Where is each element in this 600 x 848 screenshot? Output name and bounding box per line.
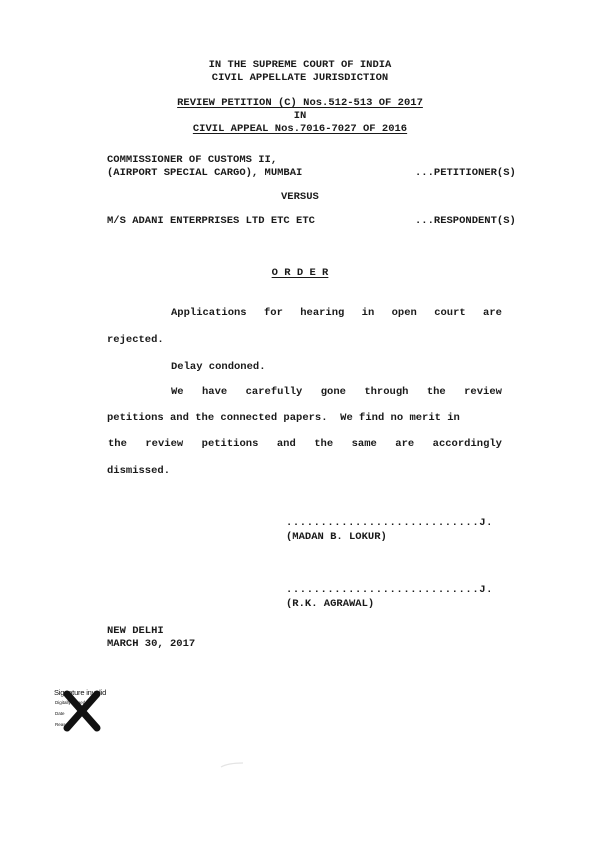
judge1-signature-line: ............................J.	[286, 517, 493, 529]
petition-number-wrap: REVIEW PETITION (C) Nos.512-513 OF 2017	[0, 97, 600, 109]
word: in	[362, 307, 375, 319]
word: are	[395, 438, 414, 450]
judge1-name: (MADAN B. LOKUR)	[286, 531, 387, 543]
word: the	[314, 438, 333, 450]
word: the	[108, 438, 127, 450]
court-name: IN THE SUPREME COURT OF INDIA	[0, 59, 600, 71]
word: Applications	[171, 307, 247, 319]
digital-signature-block: Signature invalid Digitally signed by Da…	[54, 688, 114, 732]
para1-line2: rejected.	[107, 334, 164, 346]
word: for	[264, 307, 283, 319]
petitioner-role: ...PETITIONER(S)	[415, 167, 516, 179]
word: have	[202, 386, 227, 398]
word: We	[171, 386, 184, 398]
para3-line3: the review petitions and the same are ac…	[108, 438, 502, 450]
word: the	[427, 386, 446, 398]
para3-line2: petitions and the connected papers. We f…	[107, 412, 460, 424]
order-title-wrap: O R D E R	[0, 267, 600, 279]
word: hearing	[300, 307, 344, 319]
judge2-name: (R.K. AGRAWAL)	[286, 598, 374, 610]
order-title: O R D E R	[272, 267, 329, 279]
petitioner-name-line2: (AIRPORT SPECIAL CARGO), MUMBAI	[107, 167, 302, 179]
para2: Delay condoned.	[171, 361, 266, 373]
para3-line4: dismissed.	[107, 465, 170, 477]
judge2-signature-line: ............................J.	[286, 584, 493, 596]
appeal-number: CIVIL APPEAL Nos.7016-7027 OF 2016	[193, 123, 407, 135]
word: and	[277, 438, 296, 450]
date: MARCH 30, 2017	[107, 638, 195, 650]
petition-number: REVIEW PETITION (C) Nos.512-513 OF 2017	[177, 97, 423, 109]
versus-label: VERSUS	[281, 191, 319, 203]
word: petitions	[202, 438, 259, 450]
word: through	[364, 386, 408, 398]
word: accordingly	[433, 438, 502, 450]
in-connector: IN	[0, 110, 600, 122]
word: are	[483, 307, 502, 319]
para1-line1: Applications for hearing in open court a…	[171, 307, 502, 319]
word: review	[464, 386, 502, 398]
invalid-signature-x-icon	[62, 690, 102, 732]
para3-line1: We have carefully gone through the revie…	[171, 386, 502, 398]
word: court	[434, 307, 466, 319]
petitioner-name-line1: COMMISSIONER OF CUSTOMS II,	[107, 154, 277, 166]
respondent-name: M/S ADANI ENTERPRISES LTD ETC ETC	[107, 215, 315, 227]
word: carefully	[246, 386, 303, 398]
respondent-role: ...RESPONDENT(S)	[415, 215, 516, 227]
word: review	[145, 438, 183, 450]
appeal-number-wrap: CIVIL APPEAL Nos.7016-7027 OF 2016	[0, 123, 600, 135]
word: same	[352, 438, 377, 450]
place: NEW DELHI	[107, 625, 164, 637]
word: open	[392, 307, 417, 319]
scan-smudge	[220, 762, 244, 768]
word: gone	[321, 386, 346, 398]
jurisdiction: CIVIL APPELLATE JURISDICTION	[0, 72, 600, 84]
